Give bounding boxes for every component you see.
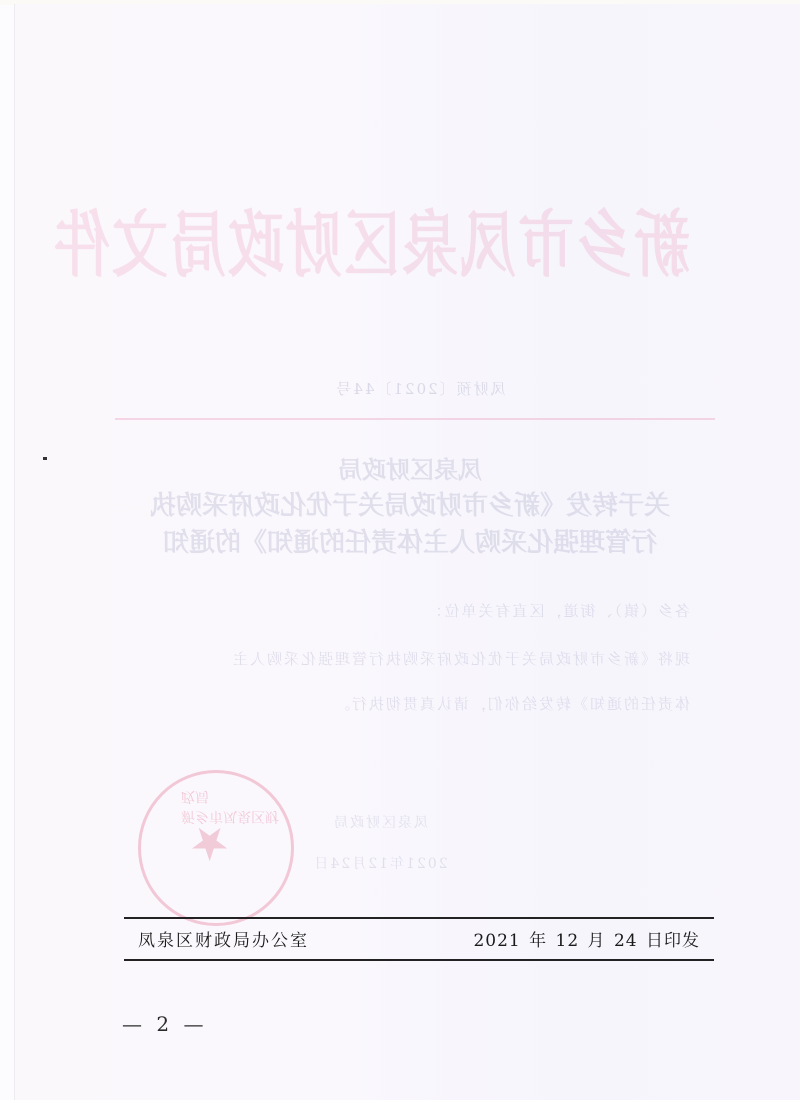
bleed-through-heading-line: 行管理强化采购人主体责任的通知》的通知 xyxy=(120,522,700,559)
bleed-through-heading-line: 凤泉区财政局 xyxy=(120,450,700,485)
bleed-through-signature-date: 2021年12月24日 xyxy=(300,853,460,873)
star-icon: ★ xyxy=(189,821,230,867)
footer-bottom-rule xyxy=(124,959,714,961)
page-number: — 2 — xyxy=(122,1012,207,1036)
seal-text: 新乡市凤泉区财政局 xyxy=(181,787,291,827)
bleed-through-signature-org: 凤泉区财政局 xyxy=(300,812,460,832)
print-date: 2021 年 12 月 24 日印发 xyxy=(473,926,700,951)
bleed-through-heading-line: 关于转发《新乡市财政局关于优化政府采购执 xyxy=(120,485,700,522)
bleed-through-body-line: 现将《新乡市财政局关于优化政府采购执行管理强化采购人主 xyxy=(130,648,690,669)
official-seal: ★ 新乡市凤泉区财政局 xyxy=(138,770,294,926)
bleed-through-red-rule xyxy=(115,418,715,420)
scan-speck xyxy=(43,457,47,460)
bleed-through-letterhead: 新乡市凤泉区财政局文件 xyxy=(130,188,690,292)
footer-top-rule xyxy=(124,917,714,919)
bleed-through-doc-number: 凤财预〔2021〕44号 xyxy=(250,378,590,399)
bleed-through-body-line: 体责任的通知》转发给你们，请认真贯彻执行。 xyxy=(130,693,690,714)
bleed-through-body-line: 各乡（镇）、街道，区直有关单位： xyxy=(130,600,690,621)
issuing-office: 凤泉区财政局办公室 xyxy=(138,926,309,951)
